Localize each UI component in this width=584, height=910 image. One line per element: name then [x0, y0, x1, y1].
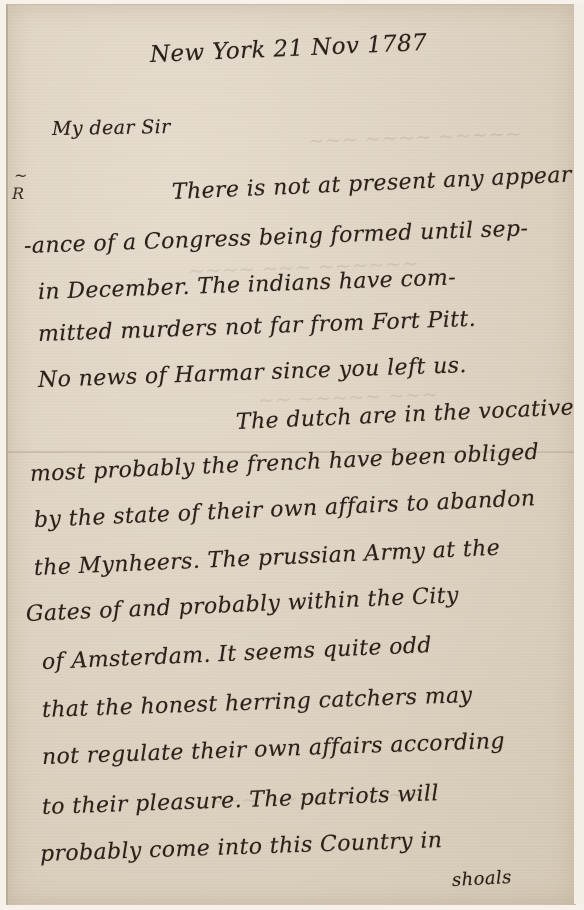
page-edge [574, 4, 584, 904]
catchword: shoals [451, 867, 512, 891]
bleed-through: ~~~ ~~~~ ~~~~~ [308, 121, 523, 152]
margin-mark: R [12, 184, 24, 203]
margin-mark: ~ [14, 166, 27, 185]
salutation: My dear Sir [52, 116, 171, 140]
